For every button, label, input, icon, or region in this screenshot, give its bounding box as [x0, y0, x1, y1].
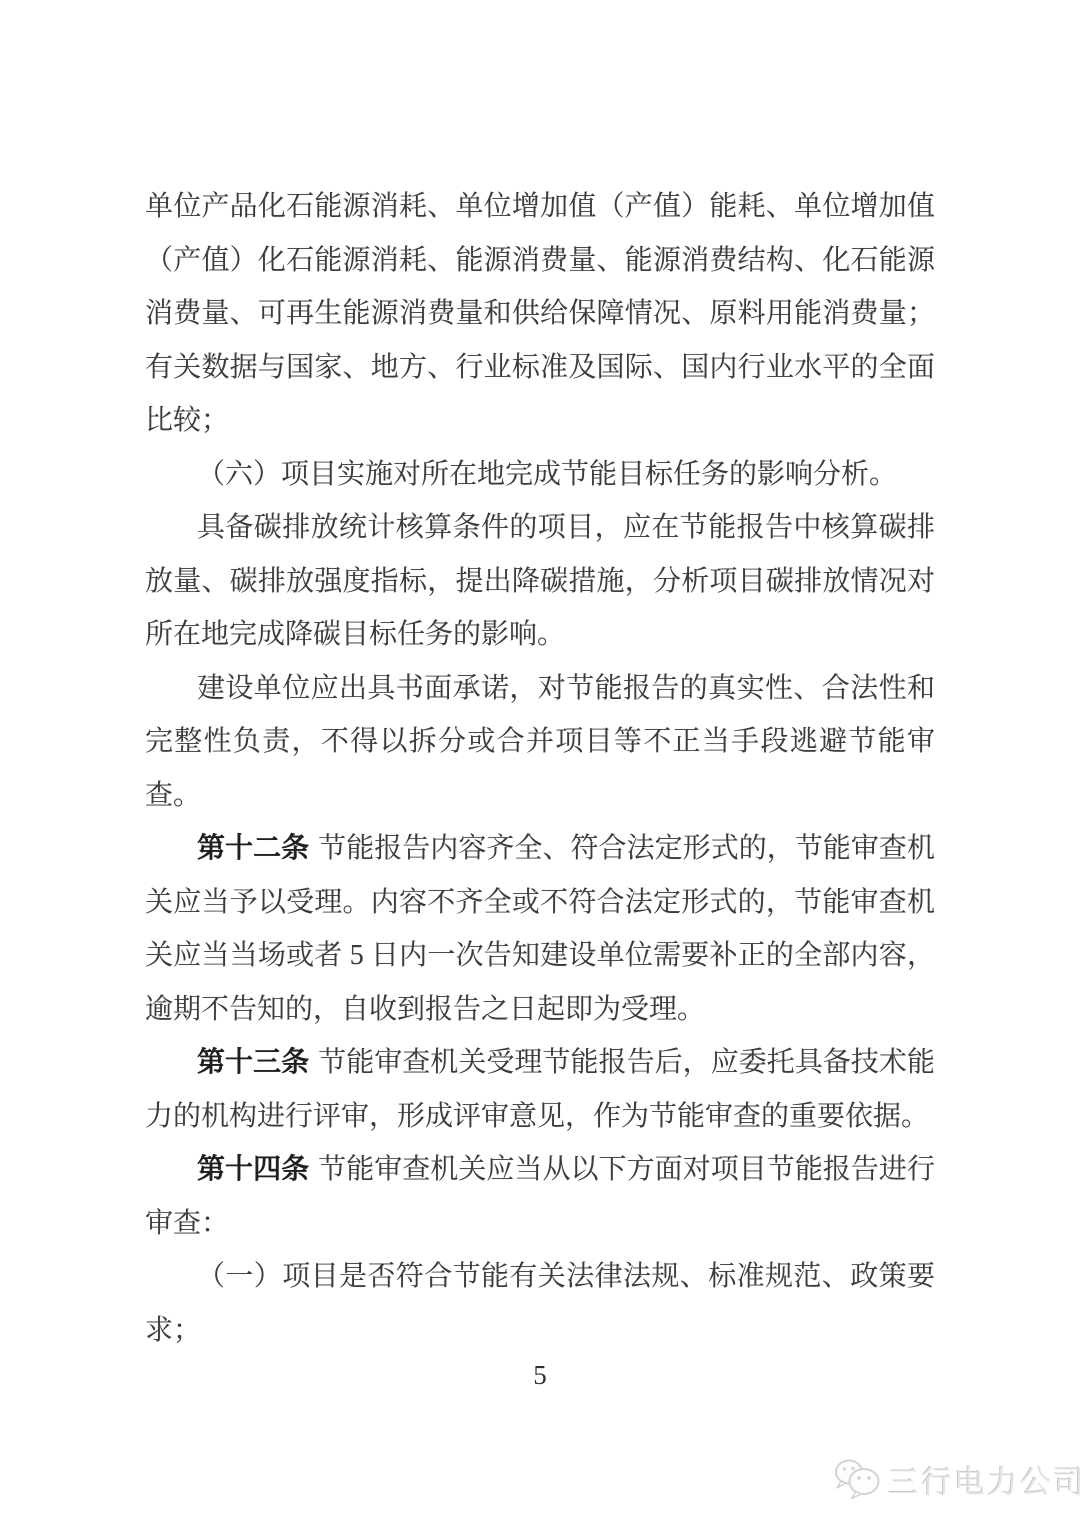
- paragraph: 具备碳排放统计核算条件的项目，应在节能报告中核算碳排放量、碳排放强度指标，提出降…: [145, 501, 935, 662]
- paragraph-article-12: 第十二条节能报告内容齐全、符合法定形式的，节能审查机关应当予以受理。内容不齐全或…: [145, 822, 935, 1036]
- article-number: 第十四条: [197, 1154, 309, 1185]
- paragraph: 单位产品化石能源消耗、单位增加值（产值）能耗、单位增加值（产值）化石能源消耗、能…: [145, 180, 935, 448]
- watermark-label: 三行电力公司: [888, 1457, 1080, 1502]
- paragraph: 建设单位应出具书面承诺，对节能报告的真实性、合法性和完整性负责，不得以拆分或合并…: [145, 662, 935, 823]
- wechat-icon: [833, 1457, 881, 1501]
- paragraph: （六）项目实施对所在地完成节能目标任务的影响分析。: [145, 448, 935, 502]
- page-number: 5: [145, 1349, 935, 1403]
- paragraph: （一）项目是否符合节能有关法律法规、标准规范、政策要求；: [145, 1250, 935, 1357]
- document-body: 单位产品化石能源消耗、单位增加值（产值）能耗、单位增加值（产值）化石能源消耗、能…: [145, 180, 935, 1357]
- paragraph-article-14: 第十四条节能审查机关应当从以下方面对项目节能报告进行审查：: [145, 1143, 935, 1250]
- wechat-watermark: 三行电力公司: [833, 1456, 1080, 1502]
- article-number: 第十三条: [197, 1047, 309, 1078]
- paragraph-text: 单位产品化石能源消耗、单位增加值（产值）能耗、单位增加值（产值）化石能源消耗、能…: [145, 191, 935, 436]
- paragraph-text: 具备碳排放统计核算条件的项目，应在节能报告中核算碳排放量、碳排放强度指标，提出降…: [145, 512, 935, 650]
- paragraph-article-13: 第十三条节能审查机关受理节能报告后，应委托具备技术能力的机构进行评审，形成评审意…: [145, 1036, 935, 1143]
- paragraph-text: （六）项目实施对所在地完成节能目标任务的影响分析。: [197, 459, 897, 490]
- paragraph-text: 建设单位应出具书面承诺，对节能报告的真实性、合法性和完整性负责，不得以拆分或合并…: [145, 673, 935, 811]
- article-number: 第十二条: [197, 833, 309, 864]
- paragraph-text: （一）项目是否符合节能有关法律法规、标准规范、政策要求；: [145, 1261, 935, 1346]
- document-page: 单位产品化石能源消耗、单位增加值（产值）能耗、单位增加值（产值）化石能源消耗、能…: [0, 0, 1080, 1527]
